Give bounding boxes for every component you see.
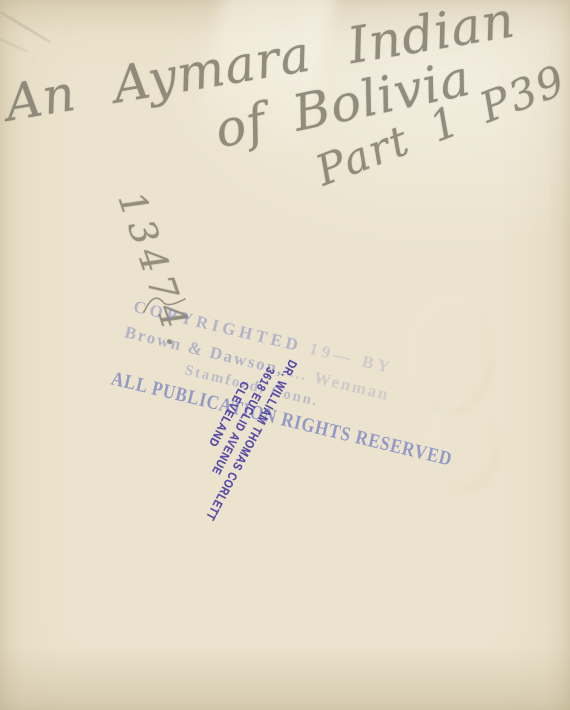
paper-emboss-mark-1 [408, 296, 494, 414]
pencil-tick-mark [142, 293, 188, 321]
photo-verso: An Aymara Indian of Bolivia Part 1 P39 1… [0, 0, 570, 710]
corner-pencil-smudge-2 [0, 37, 29, 53]
corner-pencil-smudge [0, 10, 52, 44]
